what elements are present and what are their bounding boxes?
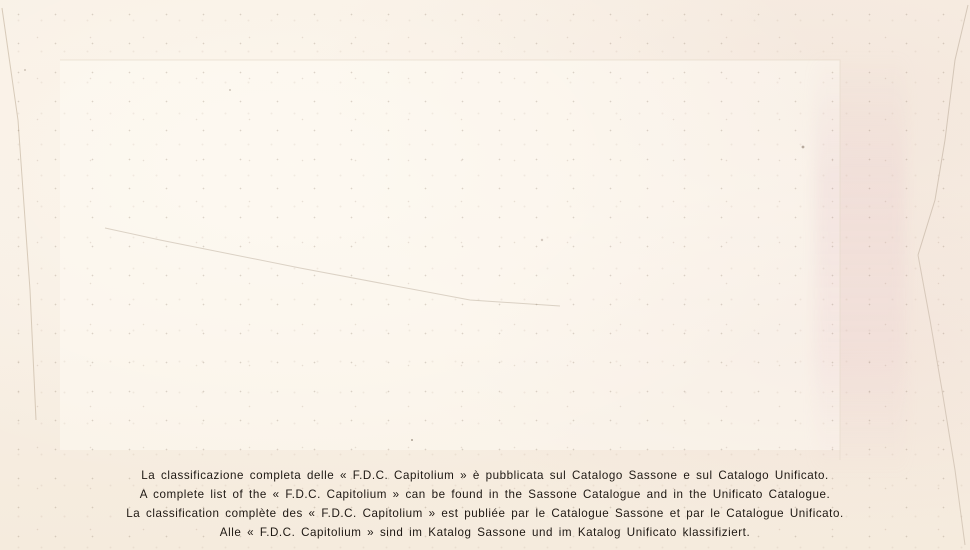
envelope-back: La classificazione completa delle « F.D.… xyxy=(0,0,970,550)
caption-line-english: A complete list of the « F.D.C. Capitoli… xyxy=(0,485,970,504)
caption-line-italian: La classificazione completa delle « F.D.… xyxy=(0,466,970,485)
show-through-stamp-mark xyxy=(815,55,905,475)
caption-line-french: La classification complète des « F.D.C. … xyxy=(0,504,970,523)
caption-line-german: Alle « F.D.C. Capitolium » sind im Katal… xyxy=(0,523,970,542)
envelope-flap-panel xyxy=(60,60,840,450)
catalog-caption: La classificazione completa delle « F.D.… xyxy=(0,466,970,542)
